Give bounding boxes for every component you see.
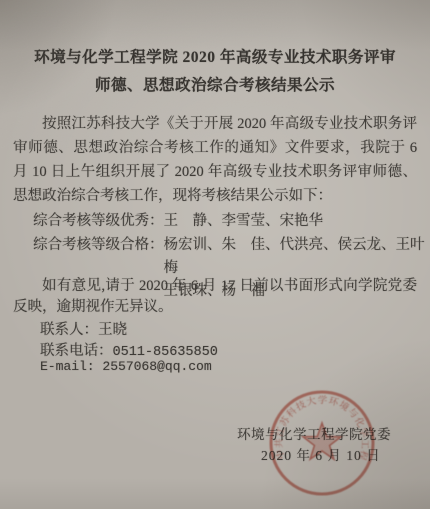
feedback-paragraph: 如有意见,请于 2020 年 6 月 17 日前以书面形式向学院党委反映，逾期视… [13,276,417,318]
star-icon [303,423,341,459]
excellent-grade-names: 王 静、李雪莹、宋艳华 [164,210,426,232]
document-title-line2: 师德、思想政治综合考核结果公示 [0,73,430,95]
party-committee-seal: 中共江苏科技大学环境与化学工程学院委员会 [262,383,382,503]
contact-email: E-mail: 2557068@qq.com [40,359,212,374]
contact-phone-number: 0511-85635850 [113,345,218,360]
qualified-names-line1: 杨宏训、朱 佳、代洪亮、侯云龙、王叶梅 [164,237,425,276]
contact-phone-label: 联系电话： [40,343,113,359]
result-row-excellent: 综合考核等级优秀： 王 静、李雪莹、宋艳华 [33,210,425,232]
excellent-grade-label: 综合考核等级优秀： [33,210,164,232]
document-page: 环境与化学工程学院 2020 年高级专业技术职务评审 师德、思想政治综合考核结果… [0,0,430,509]
intro-paragraph: 按照江苏科技大学《关于开展 2020 年高级专业技术职务评审师德、思想政治综合考… [13,112,417,208]
document-title-line1: 环境与化学工程学院 2020 年高级专业技术职务评审 [0,45,430,67]
contact-person: 联系人：王晓 [40,318,127,339]
contact-phone: 联系电话：0511-85635850 [40,339,218,360]
qualified-grade-label: 综合考核等级合格： [33,234,164,257]
